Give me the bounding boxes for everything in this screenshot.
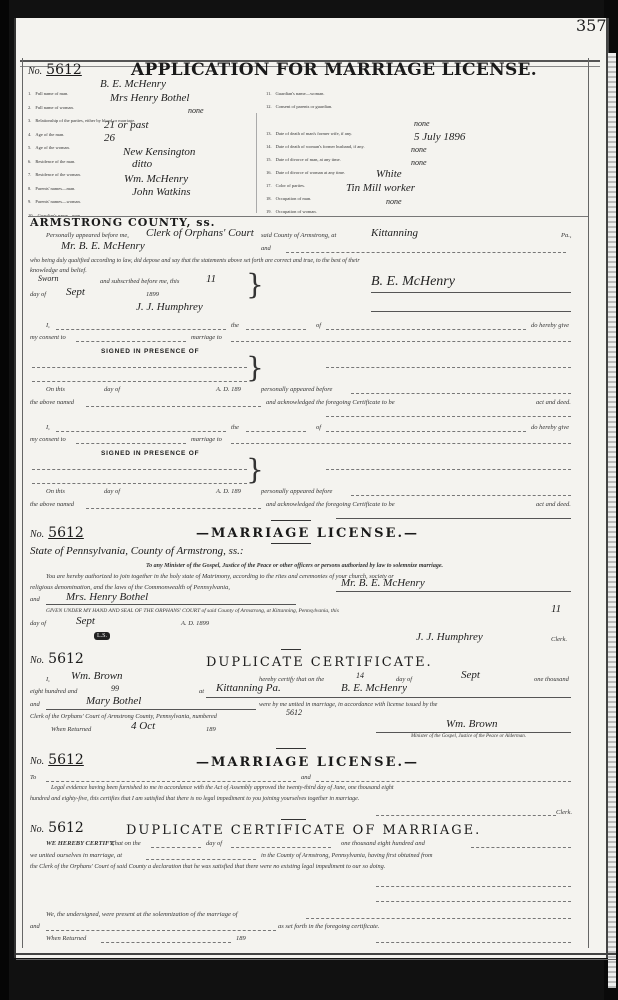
blank-line — [56, 431, 226, 432]
consent-text: day of — [104, 386, 120, 393]
cert-text: Clerk of the Orphans' Court of Armstrong… — [30, 713, 217, 720]
license2-body: Legal evidence having been furnished to … — [51, 785, 394, 791]
dm-text: one thousand eight hundred and — [341, 840, 425, 847]
field-value: 21 or past — [104, 119, 149, 131]
license2-title: —MARRIAGE LICENSE.— — [196, 755, 419, 770]
affidavit-text: and subscribed before me, this — [100, 278, 179, 285]
duplicate-number: No. 5612 — [30, 650, 84, 668]
dm-text: we united ourselves in marriage, at — [30, 852, 122, 859]
field-value: John Watkins — [132, 186, 191, 198]
blank-line — [231, 847, 331, 848]
scan-left-edge — [0, 0, 9, 1000]
officiant-title: Minister of the Gospel, Justice of the P… — [411, 734, 526, 739]
consent-text: and acknowledged the foregoing Certifica… — [266, 399, 395, 406]
blank-line — [286, 252, 566, 253]
field-value: Tin Mill worker — [346, 182, 415, 194]
application-title: APPLICATION FOR MARRIAGE LICENSE. — [131, 60, 537, 80]
consent-text: do hereby give — [531, 424, 569, 431]
signature-line — [376, 886, 571, 887]
consent-text: and acknowledged the foregoing Certifica… — [266, 501, 395, 508]
applicant-signature: B. E. McHenry — [371, 274, 455, 290]
affidavit-applicant: Mr. B. E. McHenry — [61, 240, 145, 252]
license2-title-text: MARRIAGE LICENSE. — [211, 755, 404, 770]
field-num: 12. — [266, 104, 272, 109]
consent-text: of — [316, 322, 321, 329]
field-row: 12. Consent of parents or guardian. — [266, 95, 586, 122]
blank-line — [326, 431, 526, 432]
blank-line — [32, 483, 247, 484]
cert-text: were by me united in marriage, in accord… — [259, 701, 437, 708]
dm-text: as set forth in the foregoing certificat… — [278, 923, 379, 930]
ornament-rule — [271, 520, 311, 521]
dm-text: day of — [206, 840, 222, 847]
document-page: 357 No. 5612 APPLICATION FOR MARRIAGE LI… — [14, 18, 609, 958]
sworn-month: Sept — [66, 286, 85, 298]
signed-presence-heading: SIGNED IN PRESENCE OF — [101, 450, 199, 457]
dm-text: 189 — [236, 935, 246, 942]
blank-line — [231, 341, 571, 342]
consent-text: my consent to — [30, 334, 66, 341]
affidavit-text: Personally appeared before me, — [46, 232, 129, 239]
field-row: 16. Date of divorce of woman at any time… — [266, 161, 586, 174]
license-given: GIVEN UNDER MY HAND AND SEAL OF THE ORPH… — [46, 608, 339, 614]
consent-text: do hereby give — [531, 322, 569, 329]
ornament-rule — [281, 819, 306, 820]
field-value: none — [188, 106, 204, 115]
application-number: No. 5612 — [28, 61, 82, 79]
field-label: Occupation of woman. — [276, 209, 317, 214]
blank-line — [46, 604, 296, 605]
clerk-label: Clerk. — [556, 809, 572, 816]
consent-text: day of — [104, 488, 120, 495]
blank-line — [306, 918, 571, 919]
clerk-signature: J. J. Humphrey — [136, 301, 203, 313]
blank-line — [76, 341, 186, 342]
number-value: 5612 — [48, 651, 84, 667]
blank-line — [146, 859, 256, 860]
seal-mark: L.S. — [94, 632, 110, 640]
license2-body: hundred and eighty-five, this certifies … — [30, 796, 359, 802]
consent-text: the above named — [30, 501, 74, 508]
field-value: Wm. McHenry — [124, 173, 188, 185]
blank-line — [101, 942, 231, 943]
sworn-label: Sworn — [38, 274, 58, 283]
blank-line — [32, 469, 247, 470]
affidavit-text: said County of Armstrong, at — [261, 232, 336, 239]
blank-line — [246, 329, 306, 330]
page-number: 357 — [576, 16, 607, 35]
clerk-label: Clerk. — [551, 636, 567, 643]
blank-line — [471, 847, 571, 848]
application-right-fields: 11. Guardian's name—woman. 12. Consent o… — [266, 82, 586, 213]
affidavit-place: Kittanning — [371, 227, 418, 239]
signature-line — [371, 292, 571, 293]
field-value: none — [411, 158, 427, 167]
affidavit-text: day of — [30, 291, 46, 298]
frame-right — [588, 58, 590, 948]
blank-line — [336, 591, 571, 592]
number-value: 5612 — [48, 525, 84, 541]
field-value: 5 July 1896 — [414, 131, 465, 143]
signature-line — [376, 901, 571, 902]
sworn-year: 1899 — [146, 291, 159, 298]
number-label: No. — [30, 756, 44, 767]
number-label: No. — [28, 66, 42, 77]
cert-text: 189 — [206, 726, 216, 733]
separator-line — [336, 518, 571, 519]
consent-text: my consent to — [30, 436, 66, 443]
dm-text: We, the undersigned, were present at the… — [46, 911, 238, 918]
field-value: White — [376, 168, 402, 180]
consent-text: A. D. 189 — [216, 386, 241, 393]
affidavit-text: Pa., — [561, 232, 571, 239]
bottom-rule — [16, 953, 616, 960]
license-ad: A. D. 1899 — [181, 620, 209, 627]
license-title-text: MARRIAGE LICENSE. — [211, 526, 404, 541]
cert-text: and — [30, 701, 40, 708]
field-value: Mrs Henry Bothel — [110, 92, 189, 104]
number-value: 5612 — [48, 752, 84, 768]
field-num: 19. — [266, 209, 272, 214]
number-value: 5612 — [48, 820, 84, 836]
blank-line — [326, 367, 571, 368]
affidavit-officer: Clerk of Orphans' Court — [146, 227, 254, 239]
brace: } — [246, 271, 264, 299]
field-row: 18. Occupation of man.Tin Mill worker — [266, 187, 586, 200]
consent-text: marriage to — [191, 436, 222, 443]
field-value: none — [386, 197, 402, 206]
blank-line — [46, 930, 276, 931]
license-groom: Mr. B. E. McHenry — [341, 577, 425, 589]
consent-text: act and deed. — [536, 501, 571, 508]
blank-line — [86, 508, 261, 509]
affidavit-text: who being duly qualified according to la… — [30, 258, 360, 264]
signature-line — [376, 942, 571, 943]
blank-line — [32, 381, 247, 382]
cert-returned-date: 4 Oct — [131, 720, 155, 732]
cert-text: I, — [46, 676, 50, 683]
brace: } — [246, 354, 264, 382]
state-line: State of Pennsylvania, County of Armstro… — [30, 545, 244, 557]
field-row: 17. Color of parties.White — [266, 174, 586, 187]
blank-line — [246, 431, 306, 432]
number-label: No. — [30, 655, 44, 666]
cert-text: one thousand — [534, 676, 569, 683]
consent-text: A. D. 189 — [216, 488, 241, 495]
blank-line — [32, 367, 247, 368]
cert-text: eight hundred and — [30, 688, 77, 695]
affidavit-text: and — [261, 245, 271, 252]
field-value: 26 — [104, 132, 115, 144]
blank-line — [316, 781, 571, 782]
consent-text: marriage to — [191, 334, 222, 341]
officiant-signature: Wm. Brown — [446, 718, 498, 730]
dm-text: That on the — [111, 840, 141, 847]
number-value: 5612 — [46, 62, 82, 78]
license-body: religious denomination, and the laws of … — [30, 584, 230, 591]
cert-groom: B. E. McHenry — [341, 682, 407, 694]
dm-text: and — [30, 923, 40, 930]
license-day: 11 — [551, 603, 561, 615]
cert-month: Sept — [461, 669, 480, 681]
cert-text: When Returned — [51, 726, 91, 733]
consent-text: On this — [46, 386, 65, 393]
field-value: none — [414, 119, 430, 128]
field-value: none — [411, 145, 427, 154]
blank-line — [231, 443, 571, 444]
consent-text: personally appeared before — [261, 386, 332, 393]
license-text: day of — [30, 620, 46, 627]
blank-line — [351, 393, 571, 394]
consent-text: On this — [46, 488, 65, 495]
signature-line — [371, 311, 571, 312]
clerk-signature: J. J. Humphrey — [416, 631, 483, 643]
consent-text: of — [316, 424, 321, 431]
blank-line — [56, 329, 226, 330]
ornament-rule — [271, 543, 311, 544]
blank-line — [326, 469, 571, 470]
license2-text: To — [30, 774, 36, 781]
blank-line — [46, 709, 256, 710]
cert-license-number: 5612 — [286, 708, 302, 717]
license-title: —MARRIAGE LICENSE.— — [196, 526, 419, 541]
consent-block: I, the of do hereby give my consent to m… — [16, 420, 588, 520]
license-number: No. 5612 — [30, 524, 84, 542]
blank-line — [46, 781, 296, 782]
cert-officiant: Wm. Brown — [71, 670, 123, 682]
consent-text: act and deed. — [536, 399, 571, 406]
signature-line — [376, 732, 571, 733]
cert-place: Kittanning Pa. — [216, 682, 281, 694]
field-row: 11. Guardian's name—woman. — [266, 82, 586, 95]
blank-line — [351, 495, 571, 496]
consent-block: I, the of do hereby give my consent to m… — [16, 320, 588, 420]
cert-year: 99 — [111, 684, 119, 693]
duplicate-marriage-title: DUPLICATE CERTIFICATE OF MARRIAGE. — [126, 823, 481, 838]
dm-text: When Returned — [46, 935, 86, 942]
license2-text: and — [301, 774, 311, 781]
consent-text: the above named — [30, 399, 74, 406]
consent-text: the — [231, 322, 239, 329]
blank-line — [151, 847, 201, 848]
consent-text: I, — [46, 424, 50, 431]
affidavit-text: knowledge and belief. — [30, 267, 87, 274]
sworn-day: 11 — [206, 273, 216, 285]
blank-line — [86, 406, 261, 407]
cert-text: at — [199, 688, 204, 695]
signed-presence-heading: SIGNED IN PRESENCE OF — [101, 348, 199, 355]
license-month: Sept — [76, 615, 95, 627]
binding-strip — [608, 53, 616, 988]
cert-day: 14 — [356, 671, 364, 680]
consent-text: the — [231, 424, 239, 431]
license-text: and — [30, 596, 40, 603]
field-value: New Kensington — [123, 146, 195, 158]
number-label: No. — [30, 824, 44, 835]
blank-line — [326, 329, 526, 330]
license2-number: No. 5612 — [30, 751, 84, 769]
consent-text: I, — [46, 322, 50, 329]
field-row: 19. Occupation of woman.none — [266, 200, 586, 213]
blank-line — [206, 697, 571, 698]
ornament-rule — [276, 748, 306, 749]
signature-line — [376, 815, 556, 816]
duplicate-title: DUPLICATE CERTIFICATE. — [206, 655, 433, 670]
dm-text: the Clerk of the Orphans' Court of said … — [30, 863, 385, 870]
license-bride: Mrs. Henry Bothel — [66, 591, 148, 603]
blank-line — [326, 416, 571, 417]
certify-caps: WE HEREBY CERTIFY, — [46, 840, 114, 847]
license-addressee: To any Minister of the Gospel, Justice o… — [146, 563, 443, 569]
number-label: No. — [30, 529, 44, 540]
cert-bride: Mary Bothel — [86, 695, 141, 707]
field-label: Consent of parents or guardian. — [276, 104, 333, 109]
consent-text: personally appeared before — [261, 488, 332, 495]
ornament-rule — [281, 649, 301, 650]
dm-text: in the County of Armstrong, Pennsylvania… — [261, 852, 432, 859]
brace: } — [246, 456, 264, 484]
duplicate-marriage-number: No. 5612 — [30, 819, 84, 837]
blank-line — [76, 443, 186, 444]
field-value: ditto — [132, 158, 152, 170]
field-value: B. E. McHenry — [100, 78, 166, 90]
